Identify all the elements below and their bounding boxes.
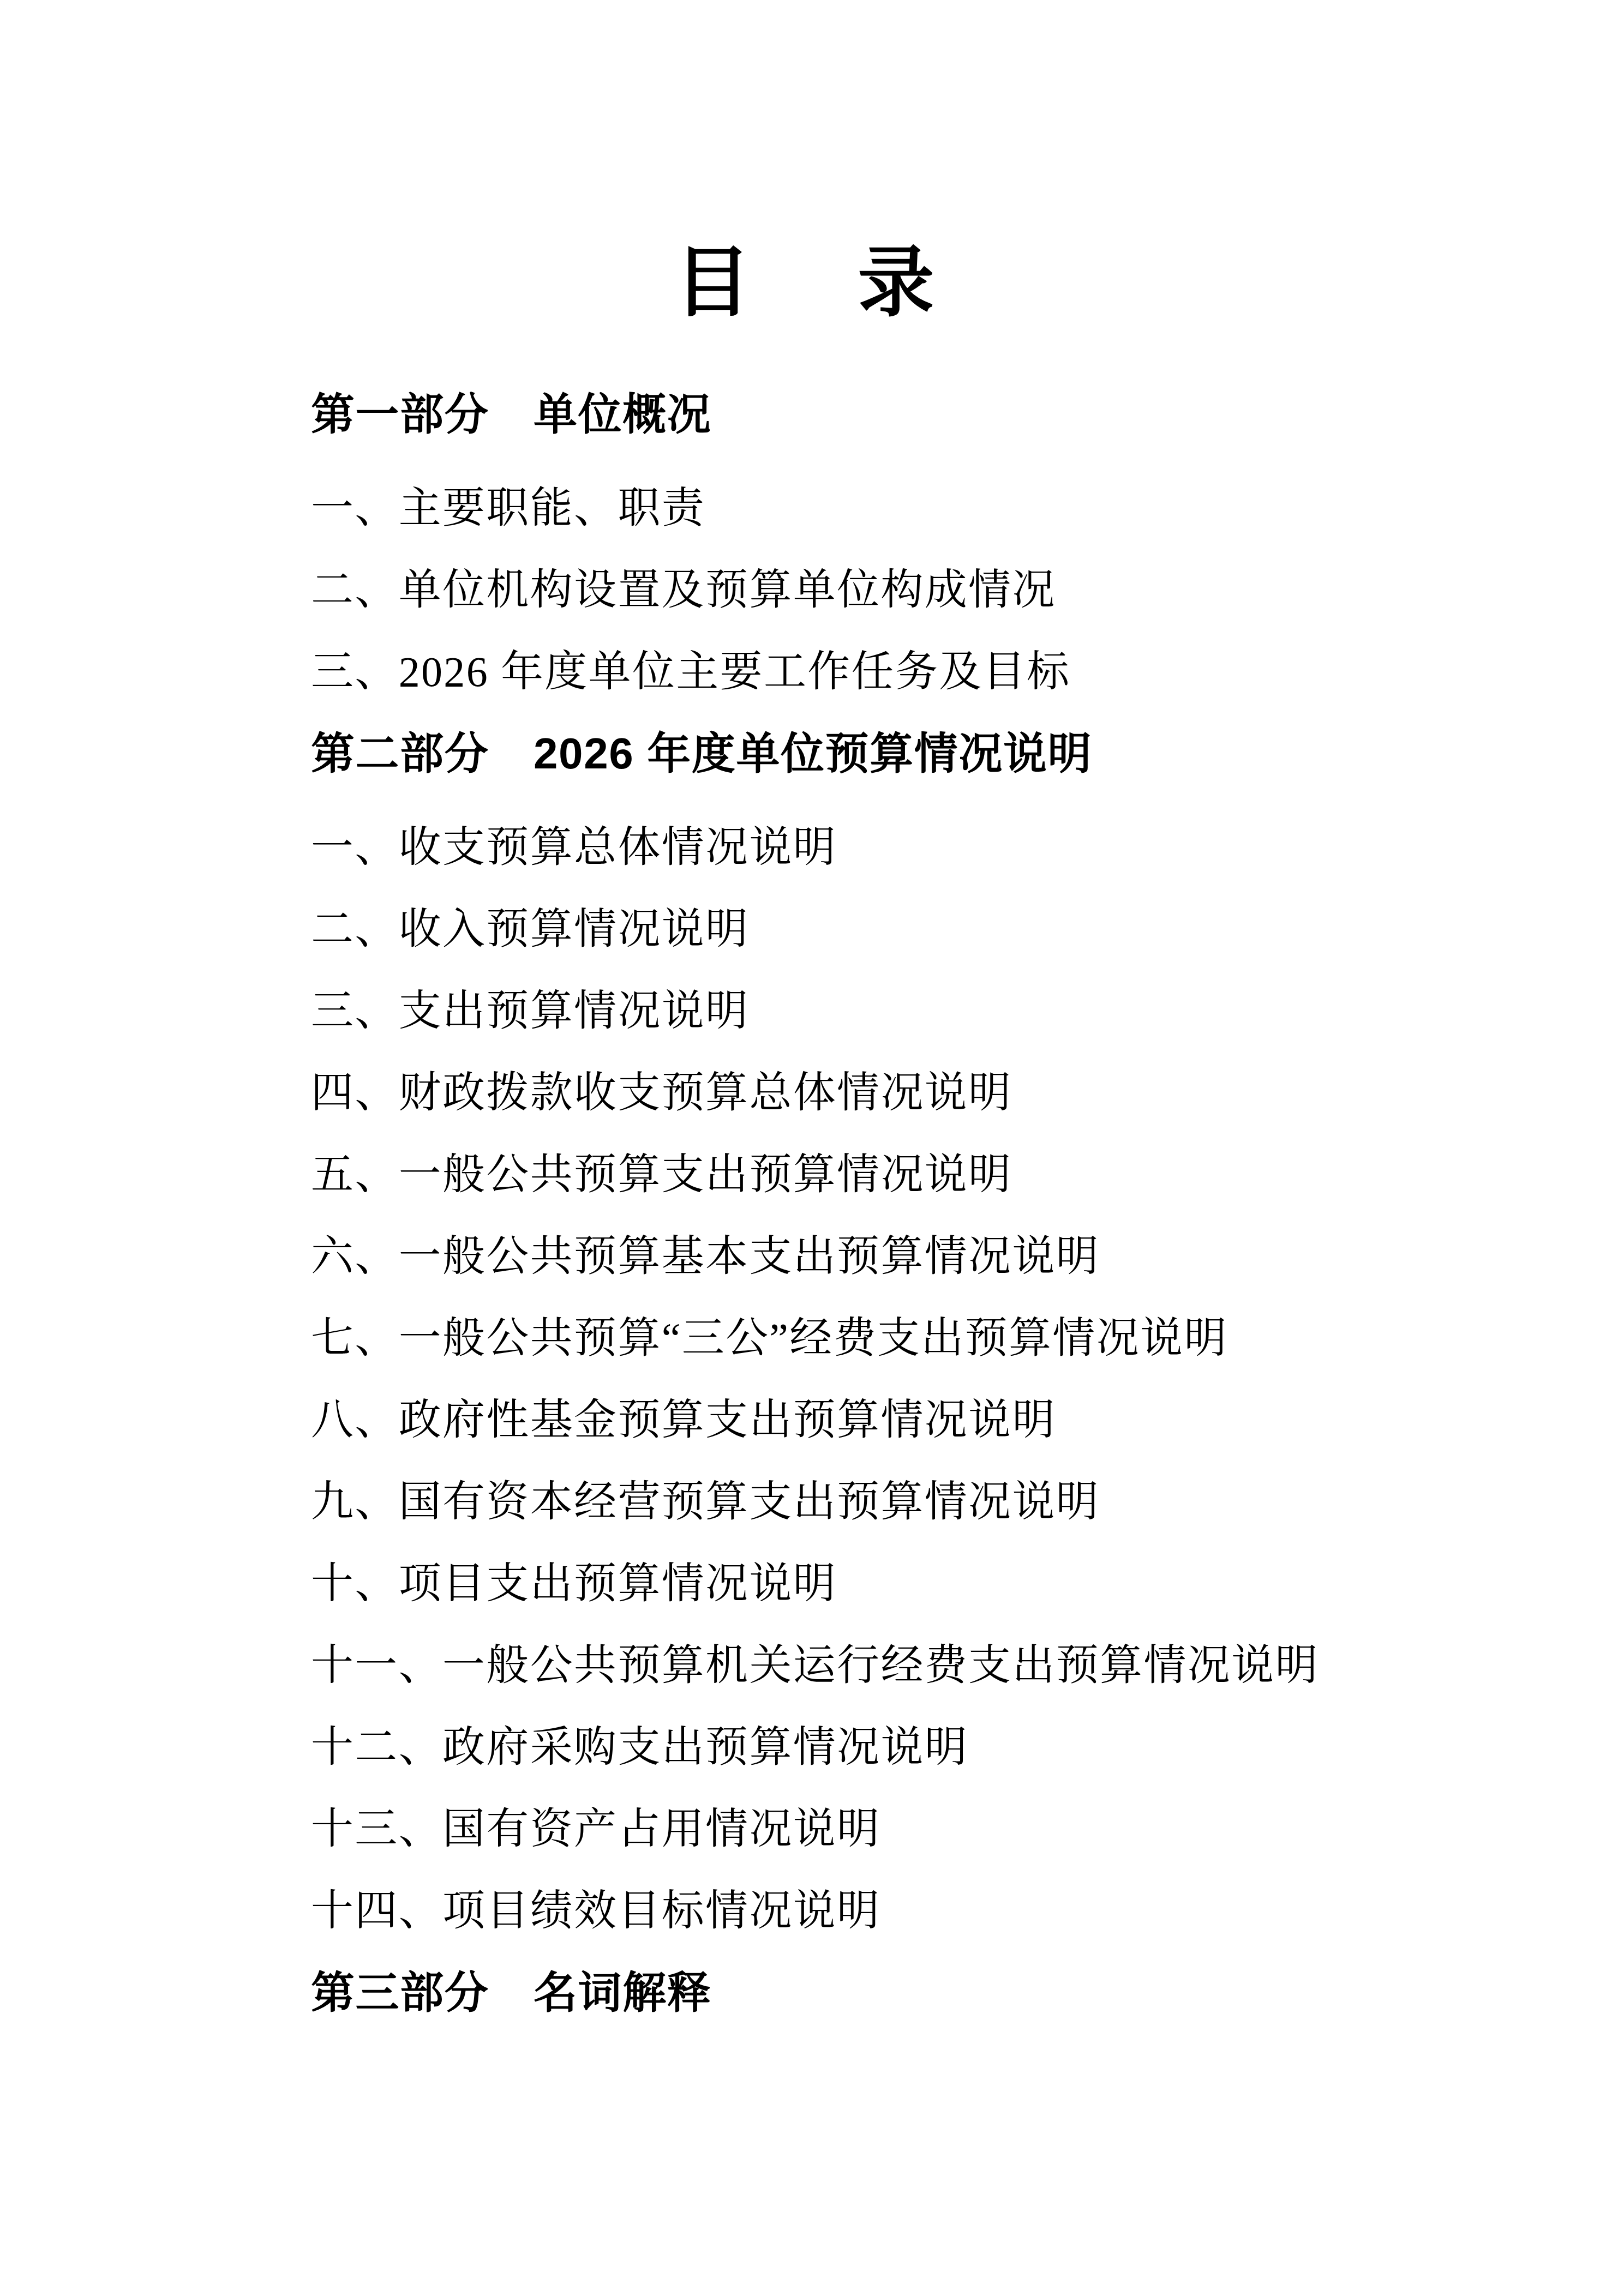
toc-item: 三、支出预算情况说明 <box>311 970 1417 1052</box>
toc-item: 十一、一般公共预算机关运行经费支出预算情况说明 <box>311 1625 1417 1706</box>
toc-item: 一、主要职能、职责 <box>311 467 1417 549</box>
toc-item: 二、收入预算情况说明 <box>311 888 1417 970</box>
document-page: 目 录 第一部分 单位概况 一、主要职能、职责 二、单位机构设置及预算单位构成情… <box>0 0 1624 2296</box>
toc-item: 十二、政府采购支出预算情况说明 <box>311 1706 1417 1788</box>
toc-item: 七、一般公共预算“三公”经费支出预算情况说明 <box>311 1297 1417 1379</box>
toc-item: 十、项目支出预算情况说明 <box>311 1543 1417 1625</box>
section-heading-part2: 第二部分 2026 年度单位预算情况说明 <box>311 713 1417 795</box>
toc-item: 三、2026 年度单位主要工作任务及目标 <box>311 631 1417 713</box>
toc-item: 十三、国有资产占用情况说明 <box>311 1788 1417 1870</box>
toc-item: 九、国有资本经营预算支出预算情况说明 <box>311 1461 1417 1543</box>
toc-item: 一、收支预算总体情况说明 <box>311 807 1417 888</box>
toc-content: 第一部分 单位概况 一、主要职能、职责 二、单位机构设置及预算单位构成情况 三、… <box>0 327 1624 2034</box>
toc-item: 四、财政拨款收支预算总体情况说明 <box>311 1052 1417 1134</box>
toc-item: 八、政府性基金预算支出预算情况说明 <box>311 1379 1417 1461</box>
toc-item: 二、单位机构设置及预算单位构成情况 <box>311 549 1417 631</box>
page-title: 目 录 <box>0 0 1624 327</box>
section-heading-part3: 第三部分 名词解释 <box>311 1952 1417 2034</box>
toc-item: 五、一般公共预算支出预算情况说明 <box>311 1134 1417 1216</box>
toc-item: 十四、项目绩效目标情况说明 <box>311 1870 1417 1952</box>
toc-item: 六、一般公共预算基本支出预算情况说明 <box>311 1216 1417 1297</box>
section-heading-part1: 第一部分 单位概况 <box>311 374 1417 455</box>
